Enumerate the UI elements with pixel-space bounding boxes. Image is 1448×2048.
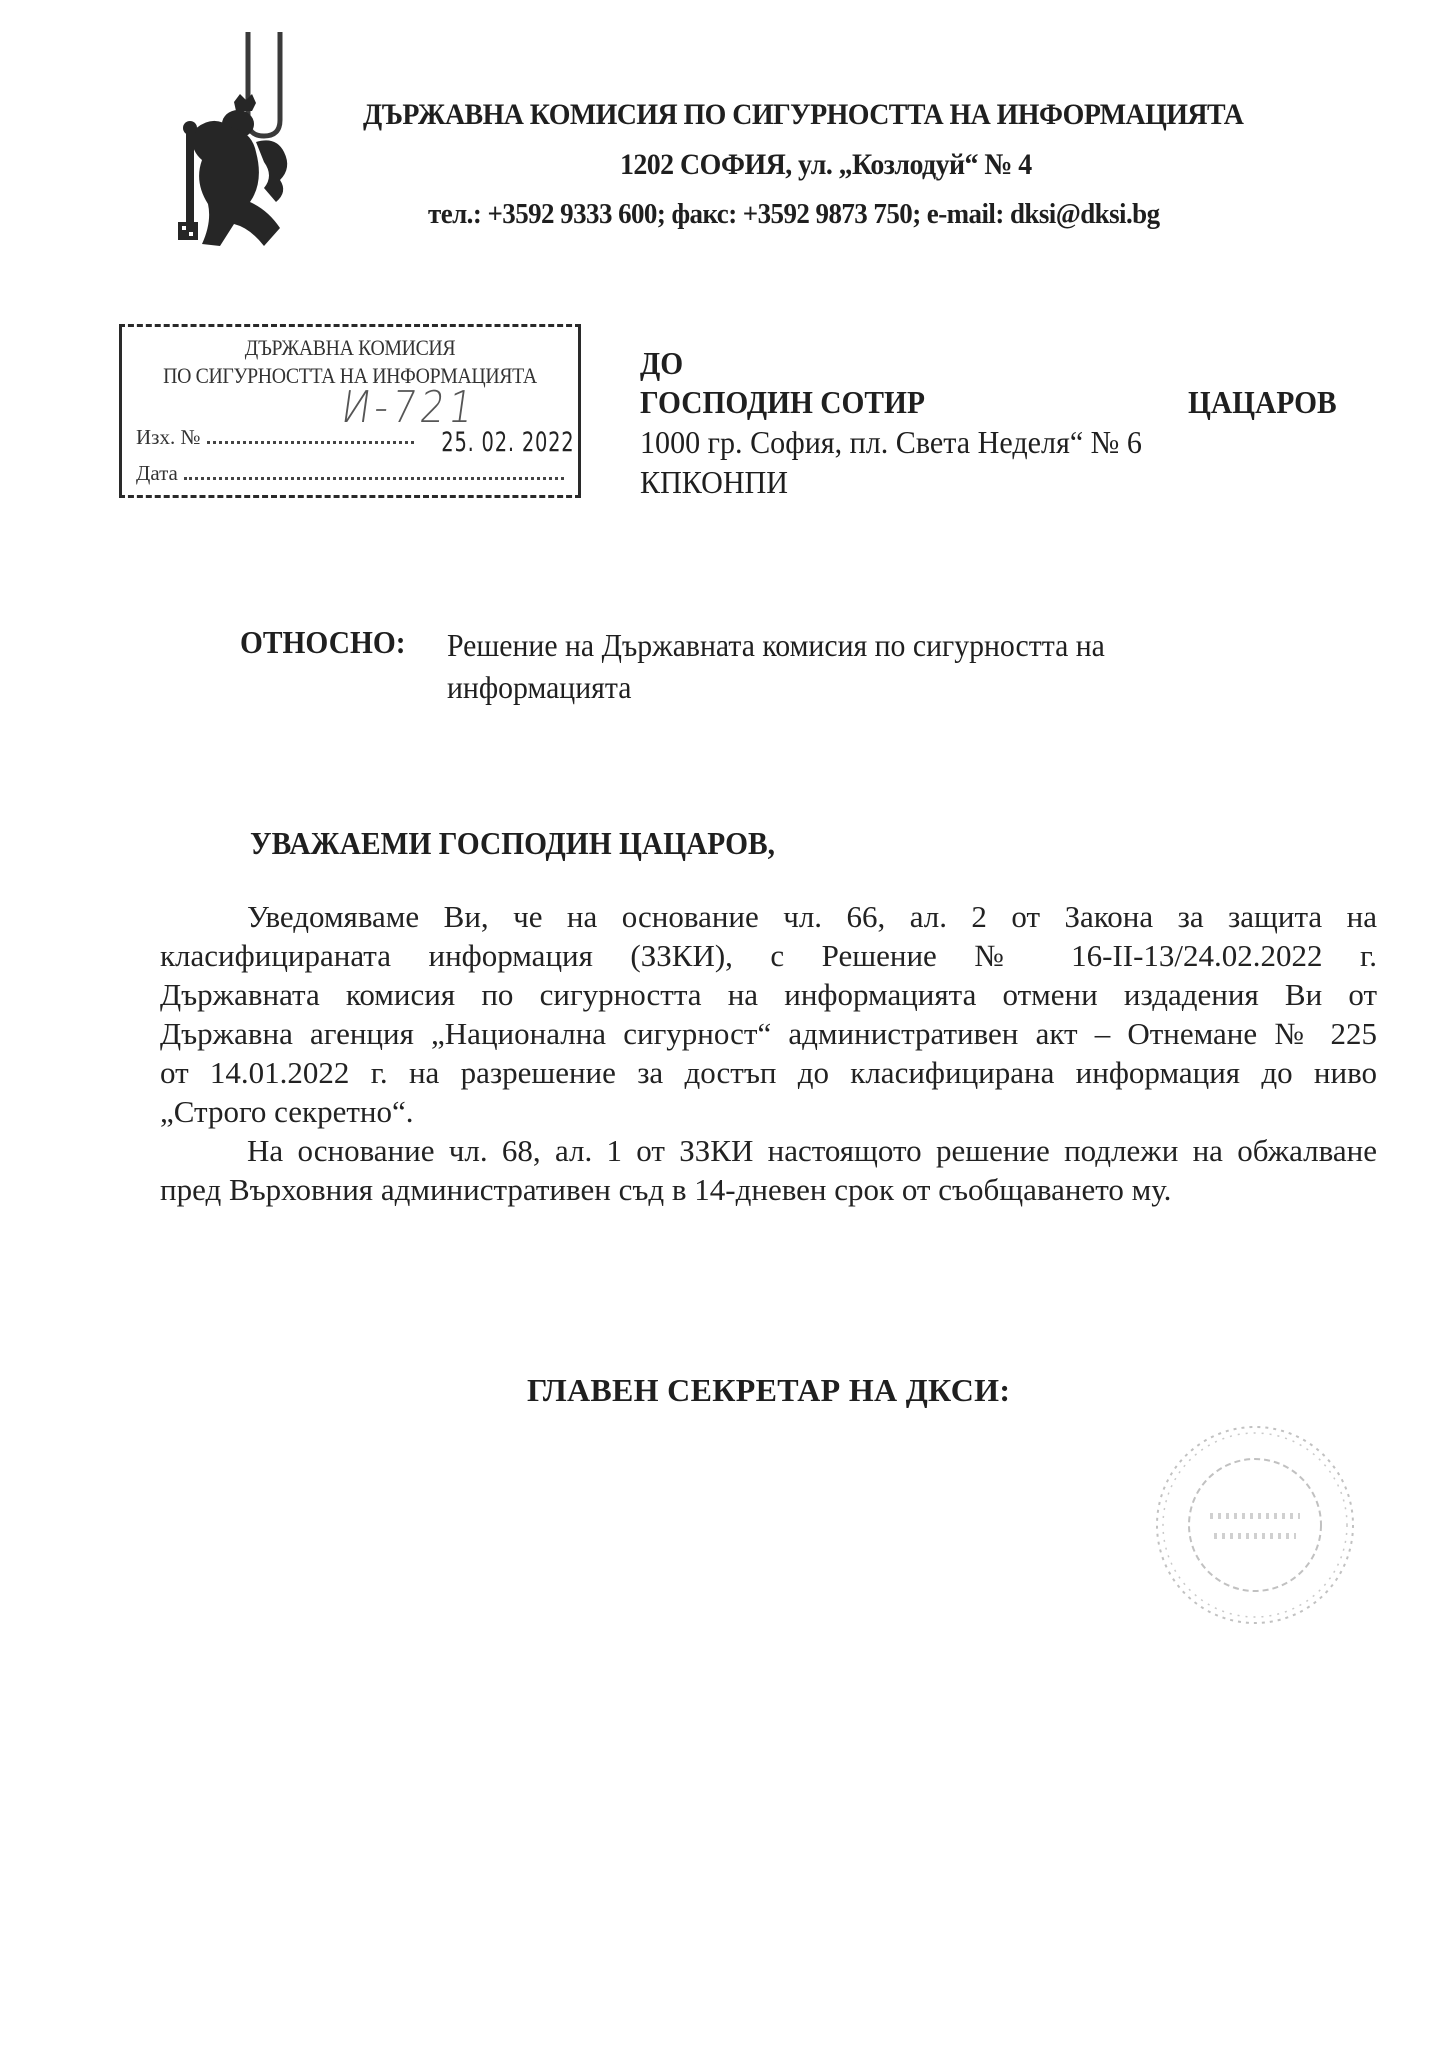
body-line: Държавната комисия по сигурността на инф… [160,975,1377,1014]
organization-contacts: тел.: +3592 9333 600; факс: +3592 9873 7… [428,198,1160,231]
official-seal-icon [1150,1420,1360,1630]
recipient-to: ДО [640,345,683,382]
subject-text: Решение на Държавната комисия по сигурно… [447,624,1172,708]
outgoing-number-label: Изх. № [136,425,201,450]
date-row: Дата [136,461,568,486]
organization-name: ДЪРЖАВНА КОМИСИЯ ПО СИГУРНОСТТА НА ИНФОР… [363,98,1243,132]
dotted-line [207,441,415,444]
recipient-address: 1000 гр. София, пл. Света Неделя“ № 6 [640,424,1142,461]
body-line: Уведомяваме Ви, че на основание чл. 66, … [160,897,1377,936]
signature-title: ГЛАВЕН СЕКРЕТАР НА ДКСИ: [527,1372,1010,1409]
body-line: На основание чл. 68, ал. 1 от ЗЗКИ насто… [160,1131,1377,1170]
body-line: класифицираната информация (ЗЗКИ), с Реш… [160,936,1377,975]
recipient-name: ГОСПОДИН СОТИР [640,384,925,421]
letter-body: Уведомяваме Ви, че на основание чл. 66, … [160,897,1377,1209]
recipient-organization: КПКОНПИ [640,464,788,501]
body-line: пред Върховния административен съд в 14-… [160,1170,1377,1209]
body-line: „Строго секретно“. [160,1092,1377,1131]
body-line: Държавна агенция „Национална сигурност“ … [160,1014,1377,1053]
registry-stamp: ДЪРЖАВНА КОМИСИЯ ПО СИГУРНОСТТА НА ИНФОР… [119,324,581,498]
coat-of-arms-lion-icon [172,32,312,250]
dotted-line [184,477,564,480]
organization-address: 1202 СОФИЯ, ул. „Козлодуй“ № 4 [620,148,1032,182]
recipient-surname: ЦАЦАРОВ [1188,384,1337,421]
salutation: УВАЖАЕМИ ГОСПОДИН ЦАЦАРОВ, [250,825,775,862]
date-stamp-value: 25. 02. 2022 [441,427,574,458]
date-label: Дата [136,461,178,486]
stamp-title-line1: ДЪРЖАВНА КОМИСИЯ [145,335,555,361]
body-line: от 14.01.2022 г. на разрешение за достъп… [160,1053,1377,1092]
subject-label: ОТНОСНО: [240,624,406,661]
